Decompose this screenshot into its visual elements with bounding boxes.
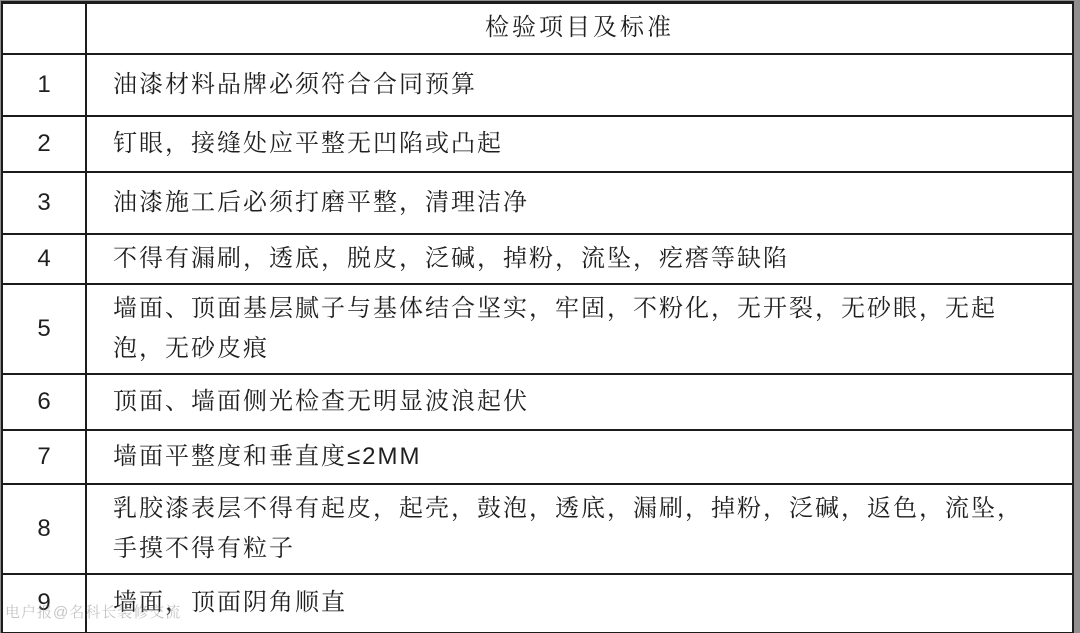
row-number: 6 xyxy=(2,374,86,430)
table-row: 2 钉眼，接缝处应平整无凹陷或凸起 xyxy=(2,116,1073,172)
inspection-standards-table: 检验项目及标准 1 油漆材料品牌必须符合合同预算 2 钉眼，接缝处应平整无凹陷或… xyxy=(1,1,1074,633)
row-text: 乳胶漆表层不得有起皮，起壳，鼓泡，透底，漏刷，掉粉，泛碱，返色，流坠，手摸不得有… xyxy=(86,484,1073,574)
table-row: 7 墙面平整度和垂直度≤2MM xyxy=(2,430,1073,484)
row-number: 3 xyxy=(2,172,86,234)
row-number: 8 xyxy=(2,484,86,574)
row-text: 油漆施工后必须打磨平整，清理洁净 xyxy=(86,172,1073,234)
row-text: 钉眼，接缝处应平整无凹陷或凸起 xyxy=(86,116,1073,172)
row-text: 不得有漏刷，透底，脱皮，泛碱，掉粉，流坠，疙瘩等缺陷 xyxy=(86,234,1073,284)
row-text: 顶面、墙面侧光检查无明显波浪起伏 xyxy=(86,374,1073,430)
table-row: 1 油漆材料品牌必须符合合同预算 xyxy=(2,54,1073,116)
row-number: 7 xyxy=(2,430,86,484)
row-text: 墙面平整度和垂直度≤2MM xyxy=(86,430,1073,484)
row-number: 2 xyxy=(2,116,86,172)
row-number: 4 xyxy=(2,234,86,284)
header-number-cell xyxy=(2,3,86,54)
row-number: 9 xyxy=(2,574,86,633)
page-background: 检验项目及标准 1 油漆材料品牌必须符合合同预算 2 钉眼，接缝处应平整无凹陷或… xyxy=(0,0,1080,633)
row-number: 5 xyxy=(2,284,86,374)
table-row: 5 墙面、顶面基层腻子与基体结合坚实，牢固，不粉化，无开裂，无砂眼，无起泡，无砂… xyxy=(2,284,1073,374)
table-row: 3 油漆施工后必须打磨平整，清理洁净 xyxy=(2,172,1073,234)
table-row: 9 墙面，顶面阴角顺直 xyxy=(2,574,1073,633)
row-text: 墙面，顶面阴角顺直 xyxy=(86,574,1073,633)
table-row: 6 顶面、墙面侧光检查无明显波浪起伏 xyxy=(2,374,1073,430)
table-title: 检验项目及标准 xyxy=(86,3,1073,54)
table-row: 4 不得有漏刷，透底，脱皮，泛碱，掉粉，流坠，疙瘩等缺陷 xyxy=(2,234,1073,284)
row-text: 墙面、顶面基层腻子与基体结合坚实，牢固，不粉化，无开裂，无砂眼，无起泡，无砂皮痕 xyxy=(86,284,1073,374)
row-number: 1 xyxy=(2,54,86,116)
header-row: 检验项目及标准 xyxy=(2,3,1073,54)
table-row: 8 乳胶漆表层不得有起皮，起壳，鼓泡，透底，漏刷，掉粉，泛碱，返色，流坠，手摸不… xyxy=(2,484,1073,574)
row-text: 油漆材料品牌必须符合合同预算 xyxy=(86,54,1073,116)
